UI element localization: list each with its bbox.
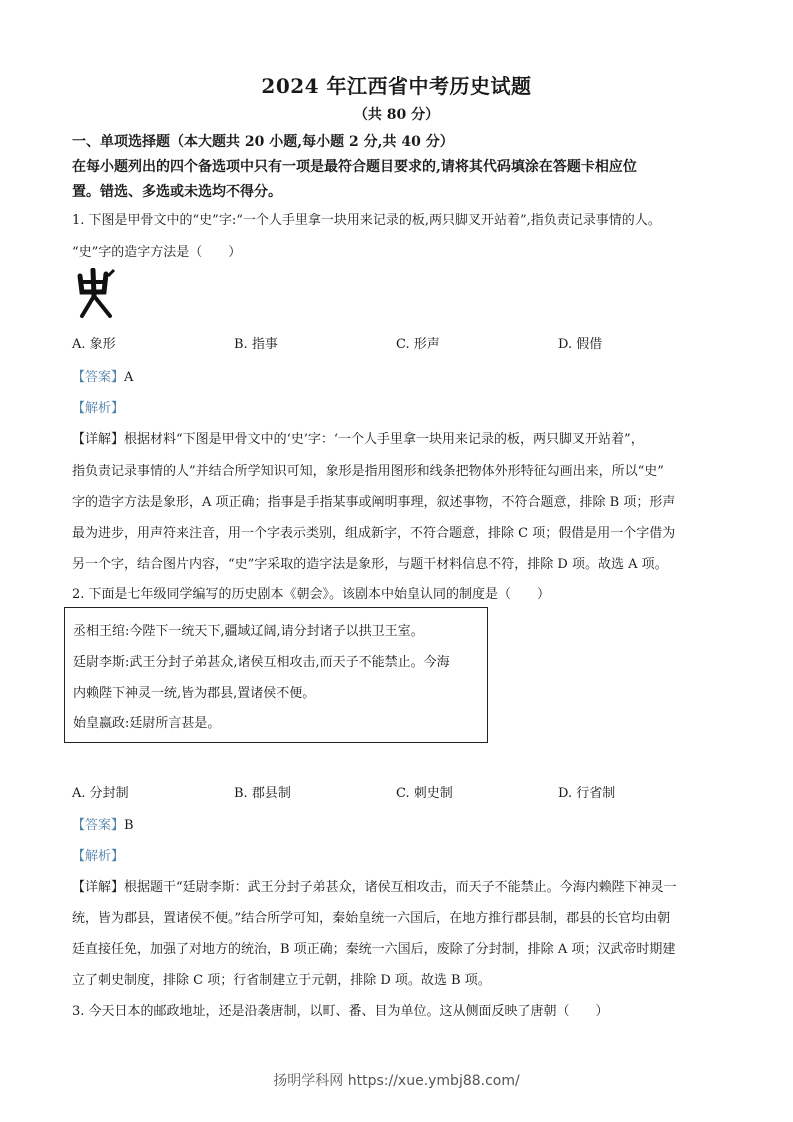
q2-detail-2: 统，皆为郡县，置诸侯不便。”结合所学可知，秦始皇统一六国后，在地方推行郡县制，郡… xyxy=(72,907,670,926)
footer-watermark: 扬明学科网 https://xue.ymbj88.com/ xyxy=(0,1070,793,1090)
q1-answer: 【答案】A xyxy=(72,366,133,385)
instructions-line-1: 在每小题列出的四个备选项中只有一项是最符合题目要求的,请将其代码填涂在答题卡相应… xyxy=(72,156,637,176)
q2-detail-1: 【详解】根据题干“廷尉李斯：武王分封子弟甚众，诸侯互相攻击，而天子不能禁止。今海… xyxy=(72,876,677,895)
script-line-3: 内赖陛下神灵一统,皆为郡县,置诸侯不便。 xyxy=(73,682,315,701)
q1-detail-2: 指负责记录事情的人”并结合所学知识可知，象形是指用图形和线条把物体外形特征勾画出… xyxy=(72,460,664,479)
q3-stem: 3. 今天日本的邮政地址，还是沿袭唐制，以町、番、目为单位。这从侧面反映了唐朝（… xyxy=(72,1000,609,1019)
answer-value: A xyxy=(124,370,133,385)
page-title: 2024 年江西省中考历史试题 xyxy=(0,70,793,99)
q1-detail-4: 最为进步，用声符来注音，用一个字表示类别，组成新字，不符合题意，排除 C 项；假… xyxy=(72,522,675,541)
instructions-line-2: 置。错选、多选或未选均不得分。 xyxy=(72,181,282,201)
q1-option-c: C. 形声 xyxy=(396,333,558,352)
q1-analysis-label: 【解析】 xyxy=(72,397,124,416)
q2-answer: 【答案】B xyxy=(72,814,134,833)
answer-label: 【答案】 xyxy=(72,818,124,833)
q1-option-b: B. 指事 xyxy=(234,333,396,352)
page-subtitle: （共 80 分） xyxy=(0,104,793,124)
q2-detail-3: 廷直接任免，加强了对地方的统治，B 项正确；秦统一六国后，废除了分封制，排除 A… xyxy=(72,938,675,957)
q1-option-a: A. 象形 xyxy=(72,333,234,352)
q2-stem: 2. 下面是七年级同学编写的历史剧本《朝会》。该剧本中始皇认同的制度是（ ） xyxy=(72,583,550,602)
q2-option-a: A. 分封制 xyxy=(72,782,234,801)
oracle-bone-shi-icon xyxy=(74,268,118,324)
q2-option-b: B. 郡县制 xyxy=(234,782,396,801)
q1-options: A. 象形 B. 指事 C. 形声 D. 假借 xyxy=(72,333,732,352)
q2-options: A. 分封制 B. 郡县制 C. 刺史制 D. 行省制 xyxy=(72,782,732,801)
q1-stem-line-1: 1. 下图是甲骨文中的“史”字:“一个人手里拿一块用来记录的板,两只脚叉开站着”… xyxy=(72,209,661,228)
q1-detail-3: 字的造字方法是象形，A 项正确；指事是手指某事或阐明事理，叙述事物，不符合题意，… xyxy=(72,491,675,510)
exam-page: 2024 年江西省中考历史试题 （共 80 分） 一、单项选择题（本大题共 20… xyxy=(0,0,793,1122)
q1-detail-1: 【详解】根据材料“下图是甲骨文中的‘史’字：‘一个人手里拿一块用来记录的板，两只… xyxy=(72,428,644,447)
script-line-1: 丞相王绾:今陛下一统天下,疆域辽阔,请分封诸子以拱卫王室。 xyxy=(73,620,424,639)
script-line-4: 始皇嬴政:廷尉所言甚是。 xyxy=(73,712,220,731)
q1-stem-line-2: “史”字的造字方法是（ ） xyxy=(72,241,241,260)
script-line-2: 廷尉李斯:武王分封子弟甚众,诸侯互相攻击,而天子不能禁止。今海 xyxy=(73,651,450,670)
answer-label: 【答案】 xyxy=(72,370,124,385)
answer-value: B xyxy=(124,818,134,833)
q2-script-box: 丞相王绾:今陛下一统天下,疆域辽阔,请分封诸子以拱卫王室。 廷尉李斯:武王分封子… xyxy=(64,607,488,743)
q1-option-d: D. 假借 xyxy=(558,333,720,352)
q1-detail-5: 另一个字，结合图片内容，“史”字采取的造字法是象形，与题干材料信息不符，排除 D… xyxy=(72,553,668,572)
q2-detail-4: 立了刺史制度，排除 C 项；行省制建立于元朝，排除 D 项。故选 B 项。 xyxy=(72,969,491,988)
q2-option-d: D. 行省制 xyxy=(558,782,720,801)
q2-option-c: C. 刺史制 xyxy=(396,782,558,801)
section-heading: 一、单项选择题（本大题共 20 小题,每小题 2 分,共 40 分） xyxy=(72,131,454,151)
q2-analysis-label: 【解析】 xyxy=(72,845,124,864)
